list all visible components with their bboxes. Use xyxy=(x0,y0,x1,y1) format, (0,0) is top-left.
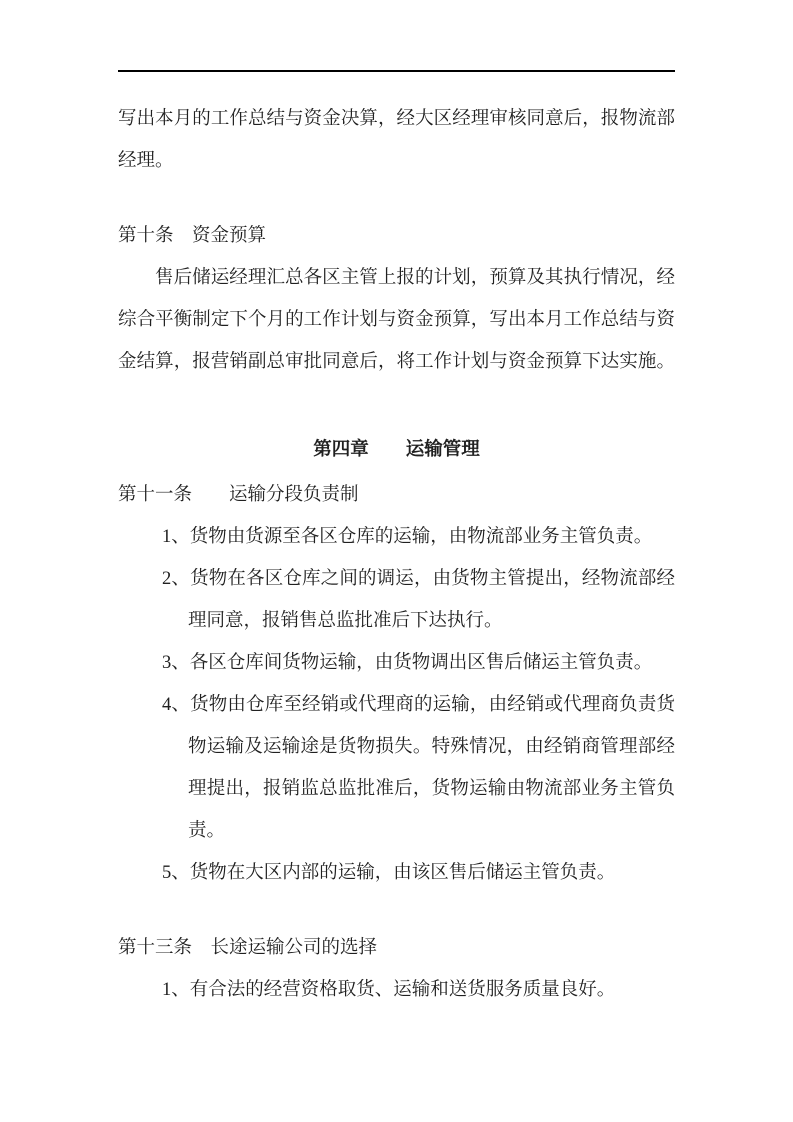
article-11-item-4-line-3: 理提出，报销监总监批准后，货物运输由物流部业务主管负 xyxy=(118,768,675,810)
article-10-body-line-3: 金结算，报营销副总审批同意后，将工作计划与资金预算下达实施。 xyxy=(118,341,675,383)
article-11-item-3: 3、各区仓库间货物运输，由货物调出区售后储运主管负责。 xyxy=(118,642,675,684)
chapter-4-heading: 第四章 运输管理 xyxy=(118,429,675,471)
document-page: 写出本月的工作总结与资金决算，经大区经理审核同意后，报物流部 经理。 第十条 资… xyxy=(0,0,793,1122)
header-separator-rule xyxy=(118,70,675,72)
prev-paragraph-line-1: 写出本月的工作总结与资金决算，经大区经理审核同意后，报物流部 xyxy=(118,98,675,140)
article-11-title: 第十一条 运输分段负责制 xyxy=(118,474,675,516)
document-content: 写出本月的工作总结与资金决算，经大区经理审核同意后，报物流部 经理。 第十条 资… xyxy=(118,98,675,1011)
article-13-item-1: 1、有合法的经营资格取货、运输和送货服务质量良好。 xyxy=(118,969,675,1011)
article-13-title: 第十三条 长途运输公司的选择 xyxy=(118,927,675,969)
article-11-item-4-line-2: 物运输及运输途是货物损失。特殊情况，由经销商管理部经 xyxy=(118,726,675,768)
article-10-body-line-2: 综合平衡制定下个月的工作计划与资金预算，写出本月工作总结与资 xyxy=(118,299,675,341)
article-11-item-1: 1、货物由货源至各区仓库的运输，由物流部业务主管负责。 xyxy=(118,516,675,558)
article-10-body-line-1: 售后储运经理汇总各区主管上报的计划，预算及其执行情况，经 xyxy=(118,257,675,299)
article-11-item-2-line-1: 2、货物在各区仓库之间的调运，由货物主管提出，经物流部经 xyxy=(118,558,675,600)
article-11-item-4-line-1: 4、货物由仓库至经销或代理商的运输，由经销或代理商负责货 xyxy=(118,684,675,726)
article-10-title: 第十条 资金预算 xyxy=(118,215,675,257)
prev-paragraph-line-2: 经理。 xyxy=(118,140,675,182)
article-11-item-4-line-4: 责。 xyxy=(118,810,675,852)
article-11-item-5: 5、货物在大区内部的运输，由该区售后储运主管负责。 xyxy=(118,852,675,894)
article-11-item-2-line-2: 理同意，报销售总监批准后下达执行。 xyxy=(118,600,675,642)
